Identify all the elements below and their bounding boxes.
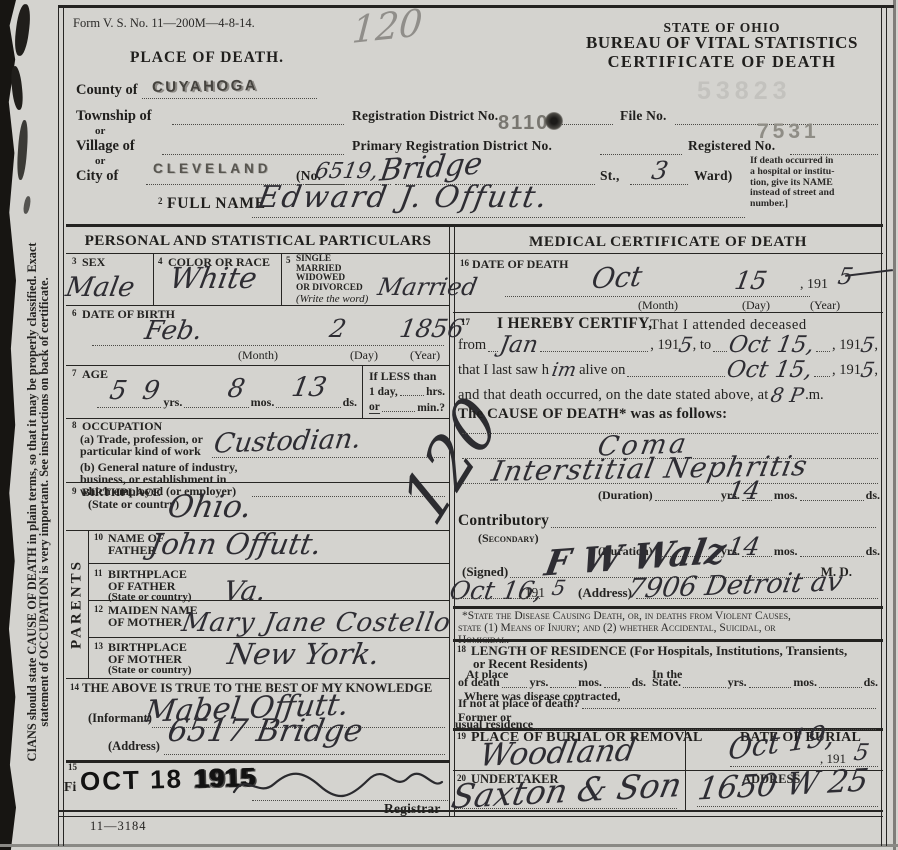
certify-number: 17 <box>461 318 470 327</box>
dob-month-caption: (Month) <box>238 349 278 361</box>
hospital-note-line: number.] <box>750 199 888 210</box>
age-mos-label: mos. <box>251 395 275 410</box>
mother-name-value: Mary Jane Costello <box>180 610 453 636</box>
birthplace-number: 9 <box>72 487 77 496</box>
county-stamp: CUYAHOGA <box>152 78 258 95</box>
faint-file-stamp: 53823 <box>697 79 792 104</box>
st-label: St., <box>600 169 620 183</box>
race-value: White <box>167 264 259 293</box>
dod-year-printed: , 191 <box>800 278 828 292</box>
father-birthplace-number: 11 <box>94 569 103 578</box>
dod-year-caption: (Year) <box>810 299 840 311</box>
of-death-label: of death <box>458 675 500 690</box>
burial-place-value: Woodland <box>477 735 638 772</box>
pencil-number: 120 <box>351 4 424 49</box>
undertaker-address-value: 1650 W 25 <box>696 765 871 805</box>
marital-option: OR DIVORCED <box>296 284 363 294</box>
sex-number: 3 <box>72 257 77 266</box>
residence-number: 18 <box>457 645 466 654</box>
dob-day-value: 2 <box>328 316 348 341</box>
res-mos-2: mos. <box>793 675 817 690</box>
died-label: and that death occurred, on the date sta… <box>458 387 769 404</box>
dod-number: 16 <box>460 259 469 268</box>
physician-address-label: (Address) <box>578 586 632 599</box>
age-label: AGE <box>82 368 108 380</box>
certify-line-from: from Jan , 191 5 , to Oct 15, , 191 5 , <box>458 332 878 354</box>
to-year-printed: , 191 <box>832 337 861 354</box>
undertaker-value: Saxton & Son <box>449 768 685 813</box>
saw-label-b: alive on <box>579 362 625 379</box>
registrar-signature <box>232 768 444 802</box>
mother-birthplace-number: 13 <box>94 642 103 651</box>
age-or-label: or <box>369 401 380 414</box>
duration-value-2: 14 <box>726 534 762 559</box>
duration-value-1: 14 <box>726 478 762 503</box>
burial-number: 19 <box>457 732 466 741</box>
dod-month-value: Oct <box>590 263 644 294</box>
age-yrs-label: yrs. <box>163 395 182 410</box>
cause-value-2: Interstitial Nephritis <box>489 452 810 486</box>
to-label: , to <box>693 337 712 354</box>
occupation-label: OCCUPATION <box>82 420 162 432</box>
hospital-note-line: a hospital or institu- <box>750 167 888 178</box>
res-mos-1: mos. <box>578 675 602 690</box>
died-time-value: 8 P <box>768 383 805 407</box>
marital-hint: (Write the word) <box>296 294 368 305</box>
saw-year-printed: , 191 <box>832 362 861 379</box>
occupation-number: 8 <box>72 421 77 430</box>
age-number: 7 <box>72 369 77 378</box>
registration-district-stamp: 8110 <box>498 113 549 133</box>
contributory-line: Contributory <box>458 512 878 530</box>
medical-section-title: MEDICAL CERTIFICATE OF DEATH <box>529 234 807 249</box>
bureau-title: BUREAU OF VITAL STATISTICS <box>586 34 858 51</box>
sex-label: SEX <box>82 256 105 268</box>
contracted-label-2: If not at place of death? <box>458 696 580 711</box>
personal-section-title: PERSONAL AND STATISTICAL PARTICULARS <box>85 233 432 248</box>
margin-line-2: statement of OCCUPATION is very importan… <box>38 216 50 788</box>
signed-year-digit: 5 <box>550 578 567 599</box>
dod-year-digit: 5 <box>836 266 855 289</box>
dod-month-caption: (Month) <box>638 299 678 311</box>
place-of-death-title: PLACE OF DEATH. <box>130 50 284 66</box>
marital-options: SINGLE MARRIED WIDOWED OR DIVORCED <box>296 255 363 293</box>
filed-label: Fi <box>64 780 76 794</box>
to-value: Oct 15, <box>727 332 816 358</box>
footnote-line-1: *State the Disease Causing Death, or, in… <box>462 611 791 623</box>
res-ds-2: ds. <box>864 675 878 690</box>
scan-bottom-edge <box>0 844 898 847</box>
filed-date-stamp: OCT 18 1915 <box>80 764 256 795</box>
death-certificate-scan: CIANS should state CAUSE OF DEATH in pla… <box>0 0 898 850</box>
signed-year-printed: , 191 <box>518 586 545 600</box>
father-birthplace-value: Va. <box>222 578 268 605</box>
dod-day-caption: (Day) <box>742 299 770 311</box>
duration-ds-2: ds. <box>866 544 880 559</box>
informant-address-label: (Address) <box>108 740 160 753</box>
age-years-value: 5 9 <box>108 378 166 404</box>
fullname-value: Edward J. Offutt. <box>255 183 551 213</box>
occupation-a-value: Custodian. <box>212 425 363 457</box>
age-days-value: 13 <box>290 374 329 401</box>
died-m-suffix: .m. <box>805 387 824 404</box>
residence-state-line: State. yrs. mos. ds. <box>652 676 878 690</box>
form-code: 11—3184 <box>90 820 147 833</box>
scan-binding-edge <box>0 0 16 850</box>
saw-label-a: that I last saw h <box>458 362 549 379</box>
parents-vertical-label: PARENTS <box>70 559 85 649</box>
mother-name-number: 12 <box>94 605 103 614</box>
city-label: City of <box>76 169 118 184</box>
mother-name-label-2: OF MOTHER <box>108 616 182 628</box>
mother-birthplace-sub: (State or country) <box>108 665 192 676</box>
mother-birthplace-value: New York. <box>225 640 381 669</box>
certificate-title: CERTIFICATE OF DEATH <box>608 54 837 71</box>
ink-blot <box>545 112 563 130</box>
hospital-note: If death occurred in a hospital or insti… <box>750 156 888 210</box>
county-label: County of <box>76 83 138 98</box>
form-number: Form V. S. No. 11—200M—4-8-14. <box>73 17 255 30</box>
margin-instructions: CIANS should state CAUSE OF DEATH in pla… <box>26 216 51 788</box>
res-yrs-1: yrs. <box>529 675 548 690</box>
from-label: from <box>458 337 486 354</box>
fullname-number: 2 <box>158 197 163 206</box>
ward-value: 3 <box>650 158 670 183</box>
from-year-printed: , 191 <box>650 337 679 354</box>
city-stamp: CLEVELAND <box>153 162 272 176</box>
dob-day-caption: (Day) <box>350 349 378 361</box>
father-birthplace-sub: (State or country) <box>108 592 192 603</box>
birthplace-value: Ohio. <box>165 492 254 523</box>
saw-date-value: Oct 15, <box>725 357 814 383</box>
dod-label: DATE OF DEATH <box>472 258 568 270</box>
res-ds-1: ds. <box>632 675 646 690</box>
age-less-line: 1 day, hrs. <box>369 385 445 398</box>
marital-value: Married <box>376 275 479 299</box>
certify-line-died: and that death occurred, on the date sta… <box>458 384 878 404</box>
cause-of-death-label: The CAUSE OF DEATH* was as follows: <box>458 407 727 422</box>
scan-right-edge <box>893 0 896 850</box>
from-value: Jan <box>498 332 540 358</box>
informant-address-value: 6517 Bridge <box>165 716 365 747</box>
residence-death-line: of death yrs. mos. ds. <box>458 676 646 690</box>
duration-label: (Duration) <box>598 488 653 503</box>
sex-value: Male <box>64 274 137 301</box>
saw-him: im <box>550 359 578 381</box>
age-min-line: or min.? <box>369 401 445 414</box>
father-name-number: 10 <box>94 533 103 542</box>
duration-mos-2: mos. <box>774 544 798 559</box>
contributory-label: Contributory <box>458 512 549 530</box>
secondary-label: (Secondary) <box>478 532 539 544</box>
occupation-a-label-2: particular kind of work <box>80 445 201 457</box>
dob-number: 6 <box>72 309 77 318</box>
physician-address-value: 7906 Detroit av <box>626 568 845 603</box>
filed-stamp-month-day: OCT 18 <box>80 764 184 797</box>
file-no-label: File No. <box>620 109 667 123</box>
or-label-2: or <box>95 156 105 167</box>
certify-rest: That I attended deceased <box>650 318 807 333</box>
footnote-line-2: state (1) Means of Injury; and (2) wheth… <box>458 623 776 635</box>
knowledge-number: 14 <box>70 683 79 692</box>
dob-year-value: 1856 <box>398 316 466 341</box>
duration-ds: ds. <box>866 488 880 503</box>
res-yrs-2: yrs. <box>728 675 747 690</box>
birthplace-sub-label: (State or country) <box>88 498 179 510</box>
dob-month-value: Feb. <box>143 318 205 344</box>
fullname-label: FULL NAME <box>167 196 266 212</box>
age-ds-label: ds. <box>343 395 357 410</box>
registration-district-label: Registration District No. <box>352 109 498 123</box>
informant-label: (Informant) <box>88 712 152 725</box>
certify-line-saw: that I last saw h im alive on Oct 15, , … <box>458 357 878 379</box>
father-name-value: John Offutt. <box>147 530 323 559</box>
village-label: Village of <box>76 139 135 154</box>
or-label-1: or <box>95 126 105 137</box>
certify-bold: I HEREBY CERTIFY, <box>497 316 652 332</box>
age-less-note-1: If LESS than <box>369 370 436 382</box>
registrar-label: Registrar <box>384 802 441 816</box>
filed-number: 15 <box>68 763 77 772</box>
marital-number: 5 <box>286 256 291 265</box>
dod-day-value: 15 <box>733 268 769 293</box>
state-label: State. <box>652 675 681 690</box>
duration-mos: mos. <box>774 488 798 503</box>
dob-year-caption: (Year) <box>410 349 440 361</box>
age-less-note-2: 1 day, <box>369 386 398 398</box>
township-label: Township of <box>76 109 152 124</box>
ward-label: Ward) <box>694 169 733 183</box>
registered-no-stamp: 7531 <box>757 121 820 142</box>
race-number: 4 <box>158 257 163 266</box>
contracted-line: If not at place of death? <box>458 698 878 711</box>
age-hrs-label: hrs. <box>426 386 445 398</box>
